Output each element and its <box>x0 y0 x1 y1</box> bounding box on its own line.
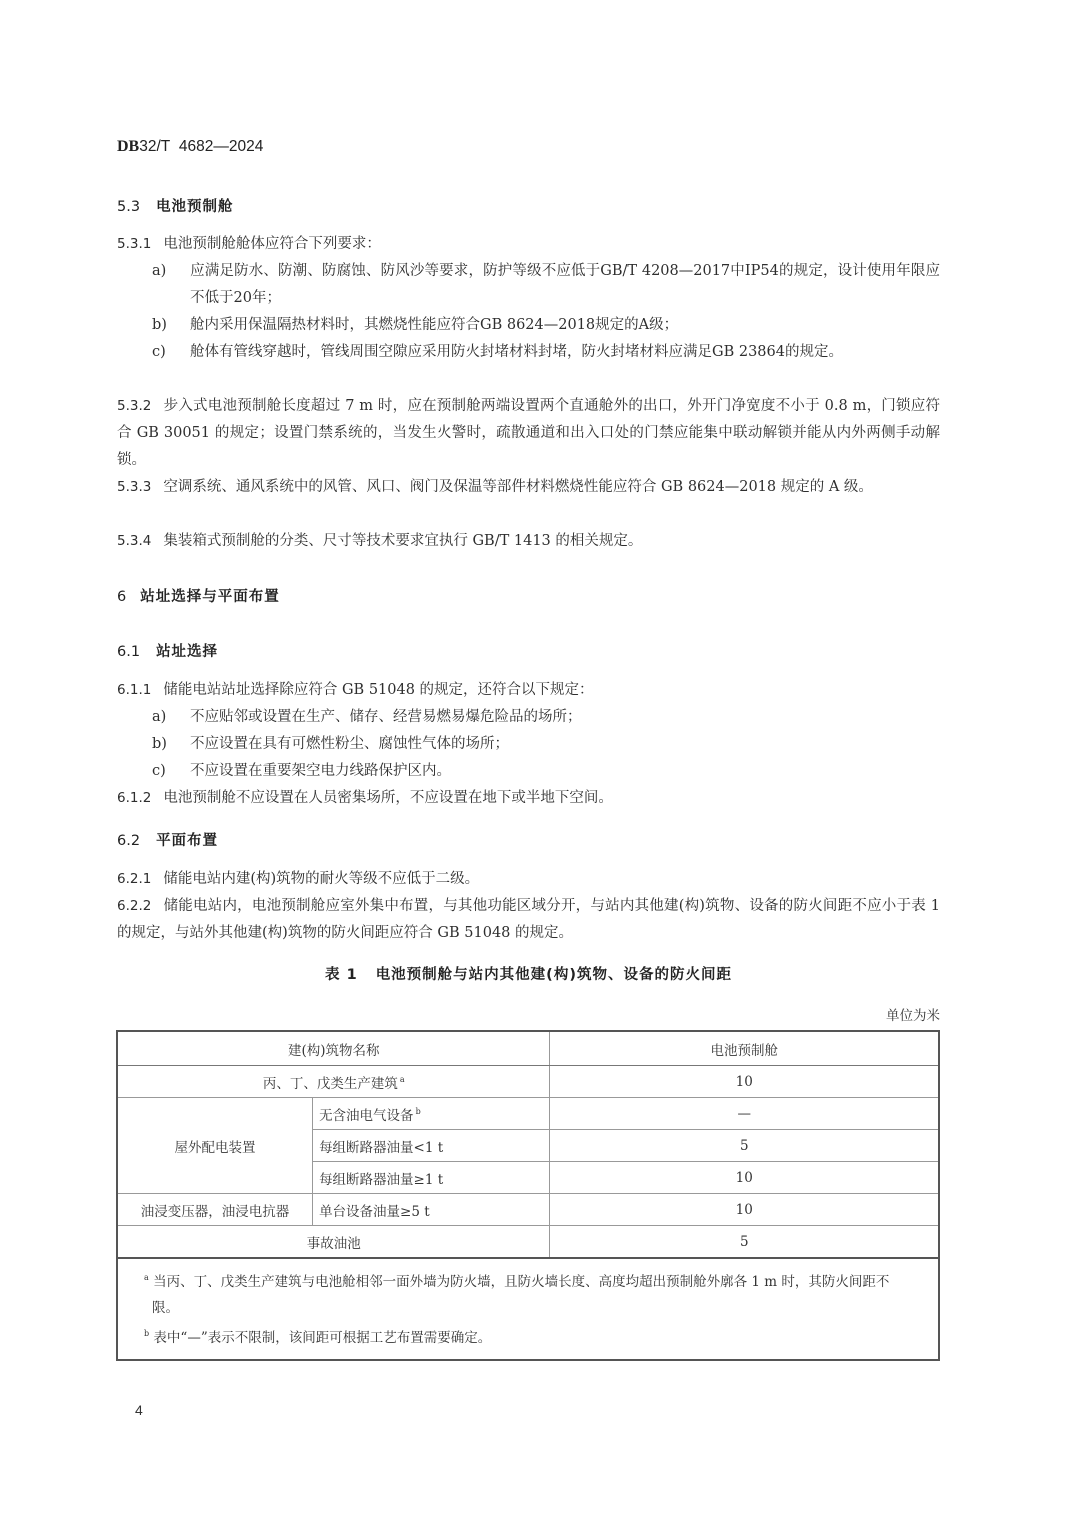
table-header-row: 建(构)筑物名称 电池预制舱 <box>117 1031 939 1066</box>
section-heading-5-3: 5.3电池预制舱 <box>117 195 234 216</box>
section-heading-6-1: 6.1站址选择 <box>117 640 218 661</box>
footnote-b: b 表中“—”表示不限制，该间距可根据工艺布置需要确定。 <box>152 1321 916 1351</box>
table-cell: 10 <box>550 1194 939 1226</box>
table-title: 表 1电池预制舱与站内其他建(构)筑物、设备的防火间距 <box>117 963 940 984</box>
list-item: b)不应设置在具有可燃性粉尘、腐蚀性气体的场所； <box>152 731 940 758</box>
page-number: 4 <box>135 1402 143 1418</box>
footnote-mark: b <box>416 1107 421 1116</box>
footnotes-cell: a 当丙、丁、戊类生产建筑与电池舱相邻一面外墙为防火墙，且防火墙长度、高度均超出… <box>117 1258 939 1360</box>
footnote-a: a 当丙、丁、戊类生产建筑与电池舱相邻一面外墙为防火墙，且防火墙长度、高度均超出… <box>152 1265 916 1321</box>
table-cell: 单台设备油量≥5 t <box>313 1194 550 1226</box>
table-cell: 每组断路器油量≥1 t <box>313 1162 550 1194</box>
standard-prefix: DB <box>117 138 139 155</box>
column-header: 建(构)筑物名称 <box>117 1031 550 1066</box>
table-footnotes: a 当丙、丁、戊类生产建筑与电池舱相邻一面外墙为防火墙，且防火墙长度、高度均超出… <box>117 1258 939 1360</box>
table-cell: 5 <box>550 1226 939 1259</box>
standard-code-rest: 32/T <box>139 138 170 155</box>
table-cell: — <box>550 1098 939 1130</box>
table-row: 丙、丁、戊类生产建筑a 10 <box>117 1066 939 1098</box>
table-cell: 5 <box>550 1130 939 1162</box>
column-header: 电池预制舱 <box>550 1031 939 1066</box>
clause-6-2-1: 6.2.1储能电站内建(构)筑物的耐火等级不应低于二级。 <box>117 866 940 893</box>
clause-6-2-2: 6.2.2储能电站内，电池预制舱应室外集中布置，与其他功能区域分开，与站内其他建… <box>117 893 940 947</box>
list-item: c)不应设置在重要架空电力线路保护区内。 <box>152 758 940 785</box>
table-cell: 油浸变压器，油浸电抗器 <box>117 1194 313 1226</box>
list-item: c)舱体有管线穿越时，管线周围空隙应采用防火封堵材料封堵，防火封堵材料应满足GB… <box>152 339 940 366</box>
standard-number: 4682—2024 <box>179 138 263 155</box>
table-cell: 10 <box>550 1162 939 1194</box>
clause-6-1-1: 6.1.1储能电站站址选择除应符合 GB 51048 的规定，还符合以下规定： <box>117 677 940 704</box>
table-unit: 单位为米 <box>886 1004 940 1024</box>
section-heading-6-2: 6.2平面布置 <box>117 829 218 850</box>
list-item: a)应满足防水、防潮、防腐蚀、防风沙等要求，防护等级不应低于GB/T 4208—… <box>152 258 940 312</box>
clause-6-1-2: 6.1.2电池预制舱不应设置在人员密集场所，不应设置在地下或半地下空间。 <box>117 785 940 812</box>
table-row: 油浸变压器，油浸电抗器 单台设备油量≥5 t 10 <box>117 1194 939 1226</box>
clause-5-3-3: 5.3.3空调系统、通风系统中的风管、风口、阀门及保温等部件材料燃烧性能应符合 … <box>117 474 940 501</box>
table-row: 事故油池 5 <box>117 1226 939 1259</box>
table-cell: 10 <box>550 1066 939 1098</box>
table-cell: 屋外配电装置 <box>117 1098 313 1194</box>
table-cell: 事故油池 <box>117 1226 550 1259</box>
section-heading-6: 6站址选择与平面布置 <box>117 585 280 606</box>
clause-5-3-4: 5.3.4集装箱式预制舱的分类、尺寸等技术要求宜执行 GB/T 1413 的相关… <box>117 528 940 555</box>
fire-distance-table: 建(构)筑物名称 电池预制舱 丙、丁、戊类生产建筑a 10 屋外配电装置 无含油… <box>116 1030 940 1361</box>
clause-5-3-2: 5.3.2步入式电池预制舱长度超过 7 m 时，应在预制舱两端设置两个直通舱外的… <box>117 393 940 474</box>
standard-code: DB32/T 4682—2024 <box>117 138 263 156</box>
table-cell: 丙、丁、戊类生产建筑a <box>117 1066 550 1098</box>
table-row: 屋外配电装置 无含油电气设备b — <box>117 1098 939 1130</box>
list-item: a)不应贴邻或设置在生产、储存、经营易燃易爆危险品的场所； <box>152 704 940 731</box>
list-item: b)舱内采用保温隔热材料时，其燃烧性能应符合GB 8624—2018规定的A级； <box>152 312 940 339</box>
table-cell: 无含油电气设备b <box>313 1098 550 1130</box>
table-cell: 每组断路器油量<1 t <box>313 1130 550 1162</box>
footnote-mark: a <box>400 1075 405 1084</box>
clause-5-3-1: 5.3.1电池预制舱舱体应符合下列要求： <box>117 231 940 258</box>
